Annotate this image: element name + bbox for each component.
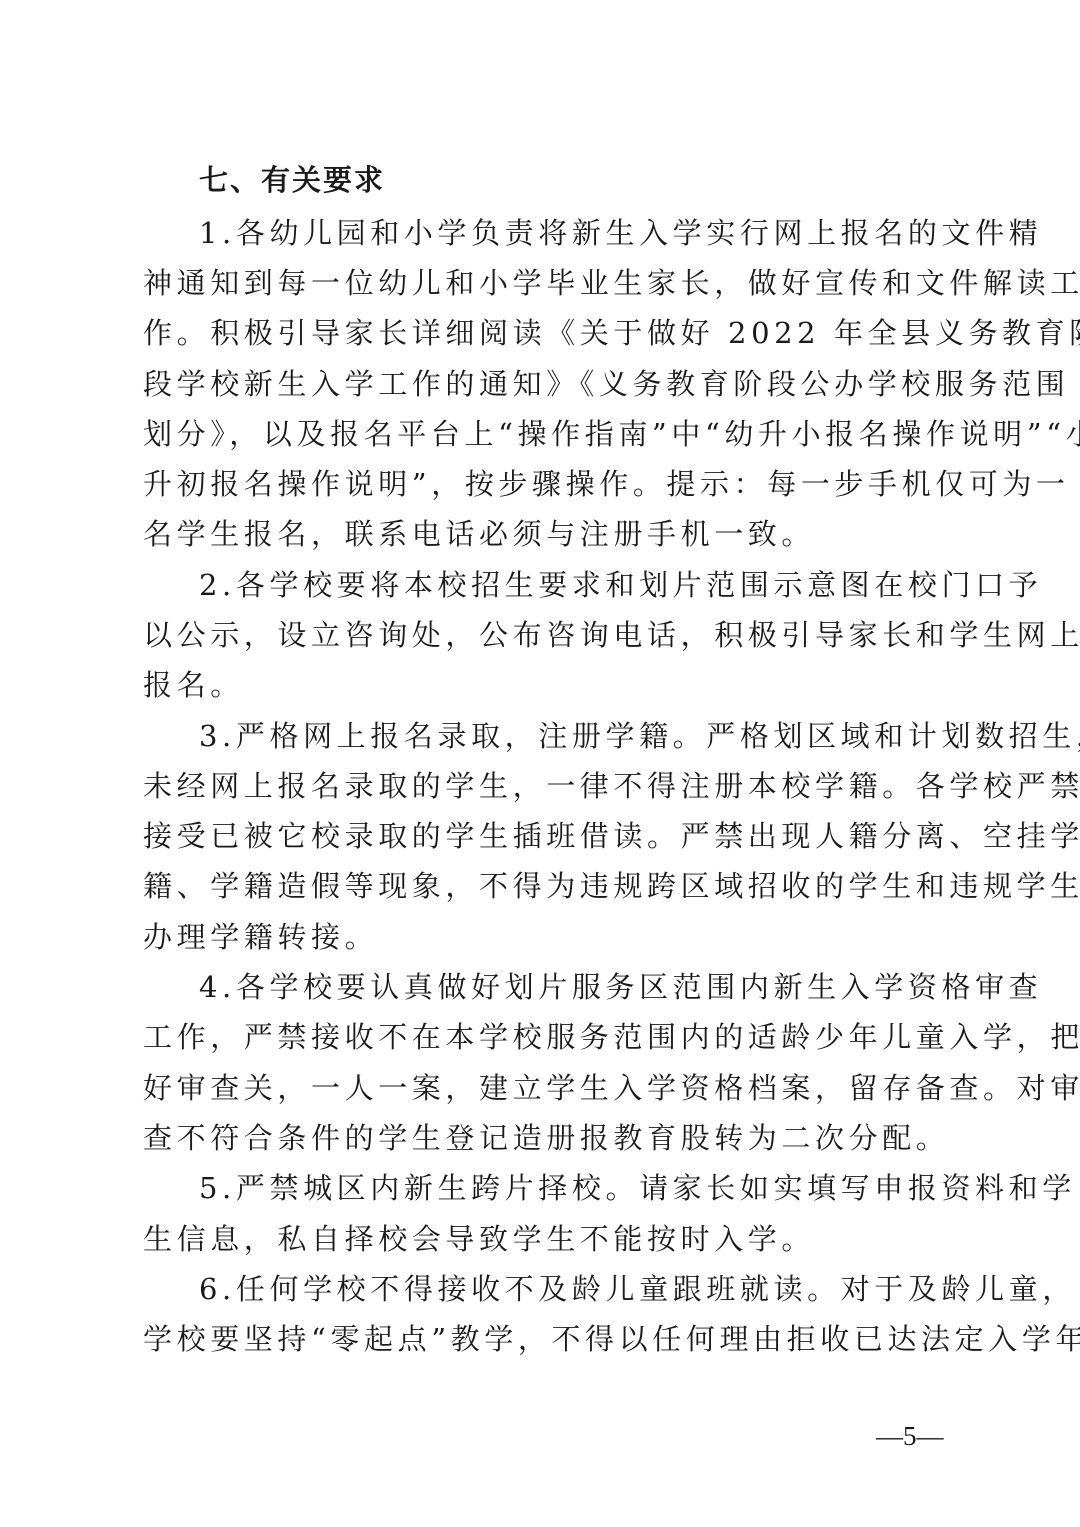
paragraph-line: 名学生报名，联系电话必须与注册手机一致。: [143, 514, 943, 554]
paragraph-line: 划分》，以及报名平台上“操作指南”中“幼升小报名操作说明”“小: [143, 414, 943, 454]
paragraph-line: 4.各学校要认真做好划片服务区范围内新生入学资格审查: [199, 967, 943, 1007]
paragraph-line: 升初报名操作说明”，按步骤操作。提示：每一步手机仅可为一: [143, 464, 943, 504]
paragraph-line: 报名。: [143, 665, 943, 705]
paragraph-line: 2.各学校要将本校招生要求和划片范围示意图在校门口予: [199, 565, 943, 605]
paragraph-line: 查不符合条件的学生登记造册报教育股转为二次分配。: [143, 1118, 943, 1158]
paragraph-line: 段学校新生入学工作的通知》《义务教育阶段公办学校服务范围: [143, 364, 943, 404]
paragraph-line: 籍、学籍造假等现象，不得为违规跨区域招收的学生和违规学生: [143, 866, 943, 906]
paragraph-line: 接受已被它校录取的学生插班借读。严禁出现人籍分离、空挂学: [143, 816, 943, 856]
paragraph-line: 神通知到每一位幼儿和小学毕业生家长，做好宣传和文件解读工: [143, 263, 943, 303]
paragraph-line: 以公示，设立咨询处，公布咨询电话，积极引导家长和学生网上: [143, 615, 943, 655]
paragraph-line: 作。积极引导家长详细阅读《关于做好 2022 年全县义务教育阶: [143, 313, 943, 353]
paragraph-line: 工作，严禁接收不在本学校服务范围内的适龄少年儿童入学，把: [143, 1017, 943, 1057]
paragraph-line: 6.任何学校不得接收不及龄儿童跟班就读。对于及龄儿童，: [199, 1269, 943, 1309]
document-page: 七、有关要求 1.各幼儿园和小学负责将新生入学实行网上报名的文件精 神通知到每一…: [0, 0, 1080, 1527]
page-number: —5—: [876, 1418, 944, 1454]
paragraph-line: 未经网上报名录取的学生，一律不得注册本校学籍。各学校严禁: [143, 766, 943, 806]
paragraph-line: 1.各幼儿园和小学负责将新生入学实行网上报名的文件精: [199, 213, 943, 253]
paragraph-line: 学校要坚持“零起点”教学，不得以任何理由拒收已达法定入学年: [143, 1319, 943, 1359]
paragraph-line: 生信息，私自择校会导致学生不能按时入学。: [143, 1219, 943, 1259]
section-heading: 七、有关要求: [199, 160, 385, 200]
paragraph-line: 3.严格网上报名录取，注册学籍。严格划区域和计划数招生，: [199, 716, 943, 756]
paragraph-line: 好审查关，一人一案，建立学生入学资格档案，留存备查。对审: [143, 1068, 943, 1108]
paragraph-line: 5.严禁城区内新生跨片择校。请家长如实填写申报资料和学: [199, 1168, 943, 1208]
paragraph-line: 办理学籍转接。: [143, 917, 943, 957]
